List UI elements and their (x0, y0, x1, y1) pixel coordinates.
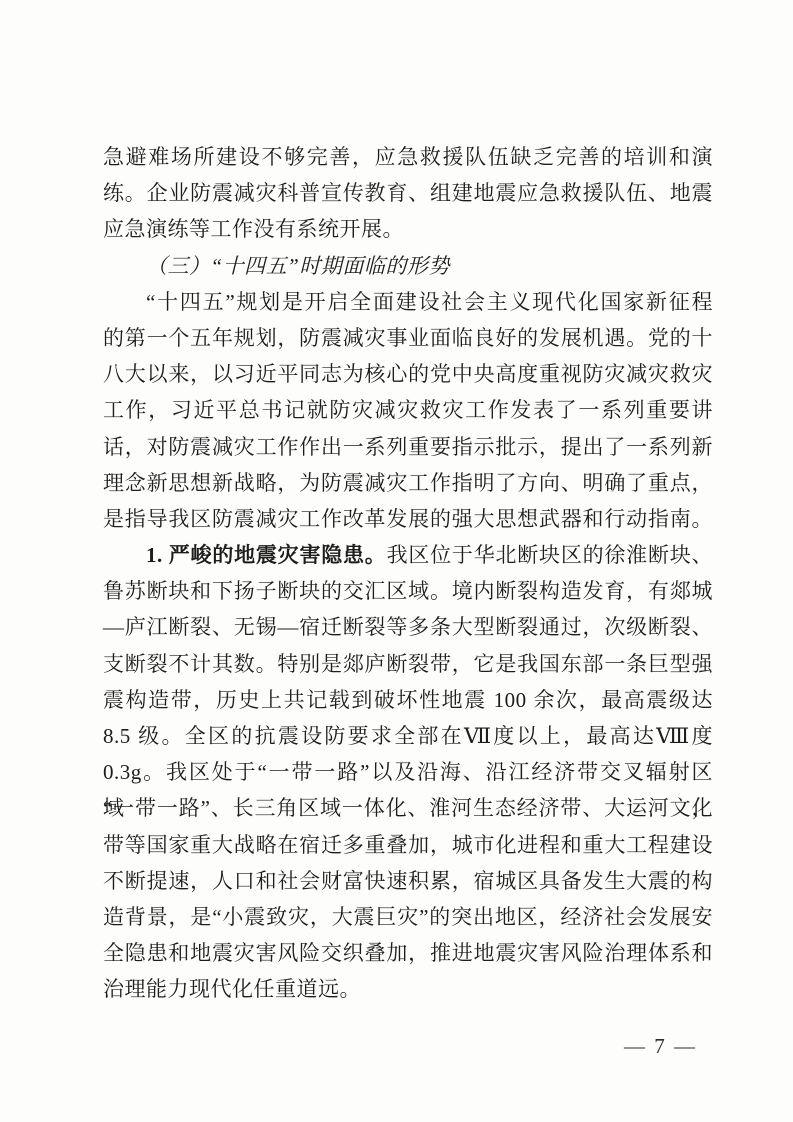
text-line: 治理能力现代化任重道远。 (103, 971, 713, 1007)
text-line: 话，对防震减灾工作作出一系列重要指示批示，提出了一系列新 (103, 429, 713, 465)
line-text: 治理能力现代化任重道远。 (103, 977, 361, 1001)
text-line: 的第一个五年规划，防震减灾事业面临良好的发展机遇。党的十 (103, 320, 713, 356)
text-line: “一带一路”、长三角区域一体化、淮河生态经济带、大运河文化 (103, 790, 713, 826)
line-text: 的第一个五年规划，防震减灾事业面临良好的发展机遇。党的十 (103, 326, 713, 350)
line-text: 应急演练等工作没有系统开展。 (103, 217, 404, 241)
bold-lead-text: 1. 严峻的地震灾害隐患。 (146, 543, 387, 567)
text-line: 是指导我区防震减灾工作改革发展的强大思想武器和行动指南。 (103, 501, 713, 537)
text-line: 应急演练等工作没有系统开展。 (103, 211, 713, 247)
line-text: “十四五”规划是开启全面建设社会主义现代化国家新征程 (146, 290, 713, 314)
text-line: 全隐患和地震灾害风险交织叠加，推进地震灾害风险治理体系和 (103, 935, 713, 971)
line-text: 8.5 级。全区的抗震设防要求全部在Ⅶ度以上，最高达Ⅷ度 (103, 724, 713, 748)
text-line: 支断裂不计其数。特别是郯庐断裂带，它是我国东部一条巨型强 (103, 646, 713, 682)
text-line: “十四五”规划是开启全面建设社会主义现代化国家新征程 (103, 284, 713, 320)
text-line: 练。企业防震减灾科普宣传教育、组建地震应急救援队伍、地震 (103, 175, 713, 211)
text-line: 理念新思想新战略，为防震减灾工作指明了方向、明确了重点， (103, 465, 713, 501)
line-text: 八大以来，以习近平同志为核心的党中央高度重视防灾减灾救灾 (103, 362, 713, 386)
text-line: 1. 严峻的地震灾害隐患。我区位于华北断块区的徐淮断块、 (103, 537, 713, 573)
text-line: 造背景，是“小震致灾，大震巨灾”的突出地区，经济社会发展安 (103, 899, 713, 935)
text-line: 八大以来，以习近平同志为核心的党中央高度重视防灾减灾救灾 (103, 356, 713, 392)
document-body: 急避难场所建设不够完善，应急救援队伍缺乏完善的培训和演练。企业防震减灾科普宣传教… (103, 139, 713, 1008)
line-text: “一带一路”、长三角区域一体化、淮河生态经济带、大运河文化 (103, 796, 713, 820)
page-number: — 7 — (624, 1034, 697, 1059)
text-line: 不断提速，人口和社会财富快速积累，宿城区具备发生大震的构 (103, 863, 713, 899)
line-text: 话，对防震减灾工作作出一系列重要指示批示，提出了一系列新 (103, 435, 713, 459)
text-line: 急避难场所建设不够完善，应急救援队伍缺乏完善的培训和演 (103, 139, 713, 175)
text-line: 0.3g。我区处于“一带一路”以及沿海、沿江经济带交叉辐射区域， (103, 754, 713, 790)
line-text: （三）“十四五”时期面临的形势 (146, 254, 450, 278)
document-page: 急避难场所建设不够完善，应急救援队伍缺乏完善的培训和演练。企业防震减灾科普宣传教… (0, 0, 793, 1122)
line-text: 造背景，是“小震致灾，大震巨灾”的突出地区，经济社会发展安 (103, 905, 713, 929)
text-line: 8.5 级。全区的抗震设防要求全部在Ⅶ度以上，最高达Ⅷ度 (103, 718, 713, 754)
text-line: 鲁苏断块和下扬子断块的交汇区域。境内断裂构造发育，有郯城 (103, 573, 713, 609)
line-text: —庐江断裂、无锡—宿迁断裂等多条大型断裂通过，次级断裂、 (103, 615, 713, 639)
line-text: 不断提速，人口和社会财富快速积累，宿城区具备发生大震的构 (103, 869, 713, 893)
line-text: 震构造带，历史上共记载到破坏性地震 100 余次，最高震级达 (103, 688, 713, 712)
line-text: 工作，习近平总书记就防灾减灾救灾工作发表了一系列重要讲 (103, 398, 713, 422)
line-text: 急避难场所建设不够完善，应急救援队伍缺乏完善的培训和演 (103, 145, 713, 169)
line-text: 鲁苏断块和下扬子断块的交汇区域。境内断裂构造发育，有郯城 (103, 579, 713, 603)
text-line: 工作，习近平总书记就防灾减灾救灾工作发表了一系列重要讲 (103, 392, 713, 428)
line-text: 练。企业防震减灾科普宣传教育、组建地震应急救援队伍、地震 (103, 181, 713, 205)
line-text: 全隐患和地震灾害风险交织叠加，推进地震灾害风险治理体系和 (103, 941, 713, 965)
text-line: 带等国家重大战略在宿迁多重叠加，城市化进程和重大工程建设 (103, 827, 713, 863)
line-text: 是指导我区防震减灾工作改革发展的强大思想武器和行动指南。 (103, 507, 713, 531)
text-line: —庐江断裂、无锡—宿迁断裂等多条大型断裂通过，次级断裂、 (103, 609, 713, 645)
line-text: 支断裂不计其数。特别是郯庐断裂带，它是我国东部一条巨型强 (103, 652, 713, 676)
text-line: （三）“十四五”时期面临的形势 (103, 248, 713, 284)
line-text: 我区位于华北断块区的徐淮断块、 (387, 543, 713, 567)
line-text: 理念新思想新战略，为防震减灾工作指明了方向、明确了重点， (103, 471, 713, 495)
text-line: 震构造带，历史上共记载到破坏性地震 100 余次，最高震级达 (103, 682, 713, 718)
line-text: 带等国家重大战略在宿迁多重叠加，城市化进程和重大工程建设 (103, 833, 713, 857)
